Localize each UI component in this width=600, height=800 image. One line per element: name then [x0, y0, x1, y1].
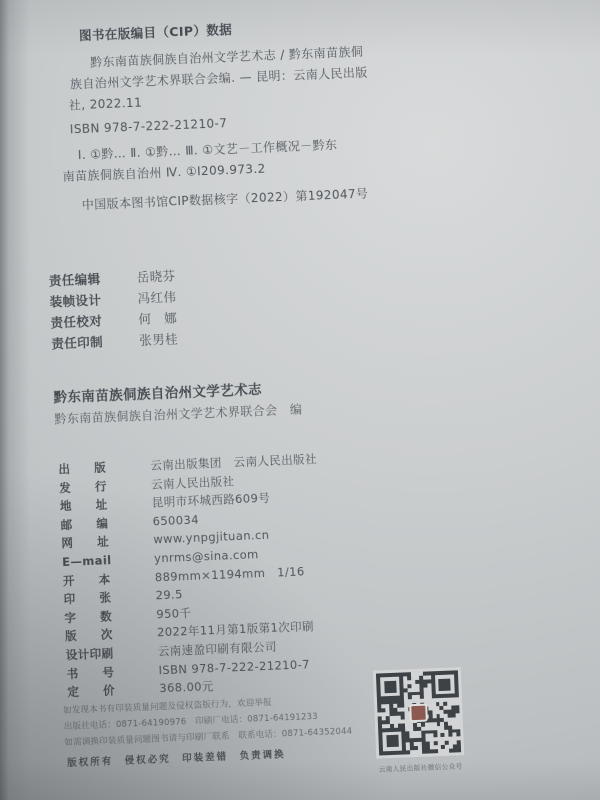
- staff-label: 责任校对: [50, 310, 113, 333]
- colophon-value: ynrms@sina.com: [154, 547, 259, 565]
- colophon-value: 889mm×1194mm 1/16: [155, 564, 305, 584]
- book-copyright-page-photo: 图书在版编目（CIP）数据 黔东南苗族侗族自治州文学艺术志 / 黔东南苗族侗 族…: [0, 0, 600, 800]
- staff-row: 责任印制张男桂: [51, 328, 178, 354]
- colophon-value: 云南人民出版社: [151, 474, 235, 491]
- staff-name: 何 娜: [138, 310, 177, 327]
- colophon-value: 950千: [156, 606, 192, 621]
- colophon-value: 650034: [152, 512, 199, 528]
- cip-header: 图书在版编目（CIP）数据: [79, 20, 233, 44]
- colophon-block: 出 版云南出版集团 云南人民出版社 发 行云南人民出版社 地 址昆明市环城西路6…: [58, 450, 326, 702]
- staff-label: 装帧设计: [49, 289, 112, 312]
- book-title: 黔东南苗族侗族自治州文学艺术志: [53, 378, 262, 406]
- qr-caption: 云南人民出版社微信公众号: [377, 761, 465, 774]
- colophon-value: 云南速盈印刷有限公司: [158, 639, 277, 658]
- staff-block: 责任编辑岳晓芬 装帧设计冯红伟 责任校对何 娜 责任印制张男桂: [48, 265, 178, 354]
- colophon-value: 368.00元: [159, 679, 214, 695]
- cip-paragraph-line: 社, 2022.11: [68, 93, 142, 117]
- colophon-value: www.ynpgjituan.cn: [153, 528, 270, 547]
- colophon-value: 29.5: [155, 587, 183, 602]
- staff-label: 责任编辑: [48, 268, 111, 291]
- staff-name: 岳晓芬: [137, 268, 176, 285]
- staff-label: 责任印制: [51, 331, 114, 354]
- colophon-label: 定 价: [67, 681, 132, 702]
- rights-notice: 版权所有 侵权必究 印装差错 负责调换: [67, 746, 286, 769]
- colophon-value: 昆明市环城西路609号: [152, 491, 271, 510]
- colophon-value: 云南出版集团 云南人民出版社: [150, 452, 317, 473]
- isbn-line: ISBN 978-7-222-21210-7: [69, 113, 227, 140]
- page-content: 图书在版编目（CIP）数据 黔东南苗族侗族自治州文学艺术志 / 黔东南苗族侗 族…: [28, 0, 600, 794]
- cip-record-number: 中国版本图书馆CIP数据核字（2022）第192047号: [81, 183, 368, 215]
- qr-center-logo: [409, 704, 428, 723]
- colophon-value: 2022年11月第1版第1次印刷: [157, 619, 314, 639]
- staff-name: 张男桂: [139, 331, 178, 348]
- colophon-value: ISBN 978-7-222-21210-7: [158, 657, 310, 677]
- qr-block: 云南人民出版社微信公众号: [373, 667, 465, 773]
- staff-name: 冯红伟: [137, 289, 176, 306]
